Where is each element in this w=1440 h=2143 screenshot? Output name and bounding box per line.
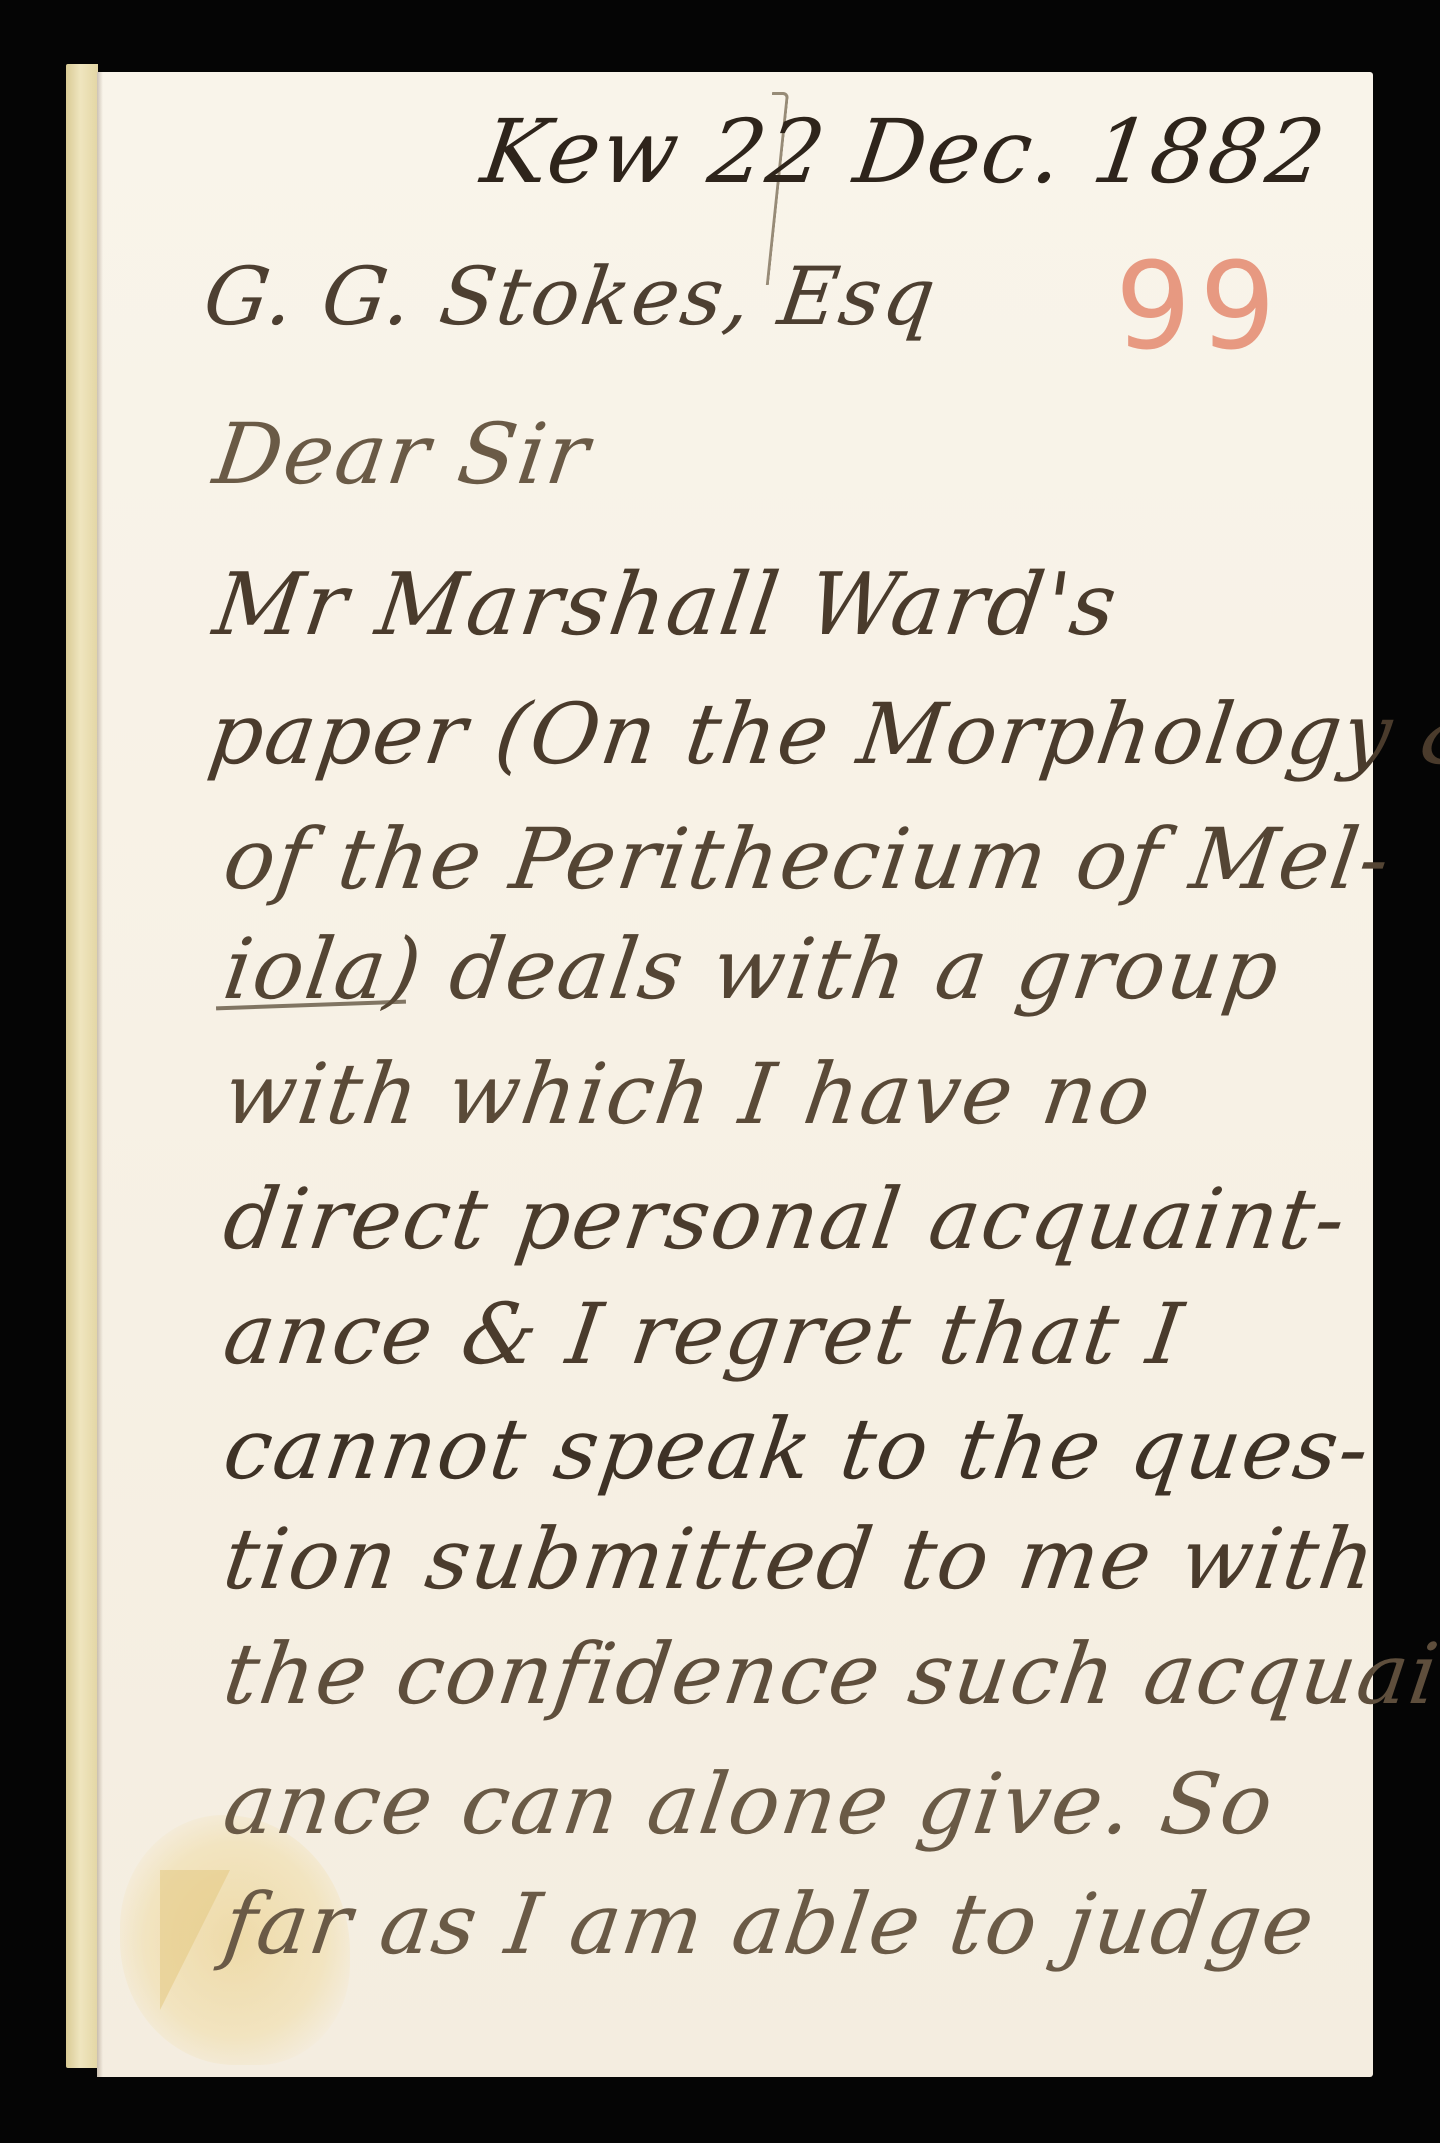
body-line: cannot speak to the ques- <box>218 1400 1377 1498</box>
body-line: the confidence such acquaint- <box>218 1625 1440 1723</box>
book-binding-strip <box>66 64 98 2068</box>
salutation: Dear Sir <box>208 405 596 503</box>
body-line: Mr Marshall Ward's <box>208 555 1124 655</box>
body-line: paper (On the Morphology &c <box>203 685 1440 783</box>
body-line: with which I have no <box>218 1045 1158 1143</box>
tape-remnant <box>160 1870 230 2010</box>
body-line: tion submitted to me with <box>218 1510 1383 1608</box>
body-line: direct personal acquaint- <box>218 1170 1353 1268</box>
dateline: Kew 22 Dec. 1882 <box>476 100 1333 203</box>
body-line: of the Perithecium of Mel- <box>218 810 1397 908</box>
body-line: ance & I regret that I <box>218 1285 1190 1383</box>
recipient-line: G. G. Stokes, Esq <box>198 250 942 343</box>
body-line: ance can alone give. So <box>218 1755 1281 1853</box>
folio-number: 99 <box>1115 238 1284 377</box>
body-line: far as I am able to judge <box>218 1875 1322 1973</box>
page-gutter-shadow <box>97 72 103 2077</box>
